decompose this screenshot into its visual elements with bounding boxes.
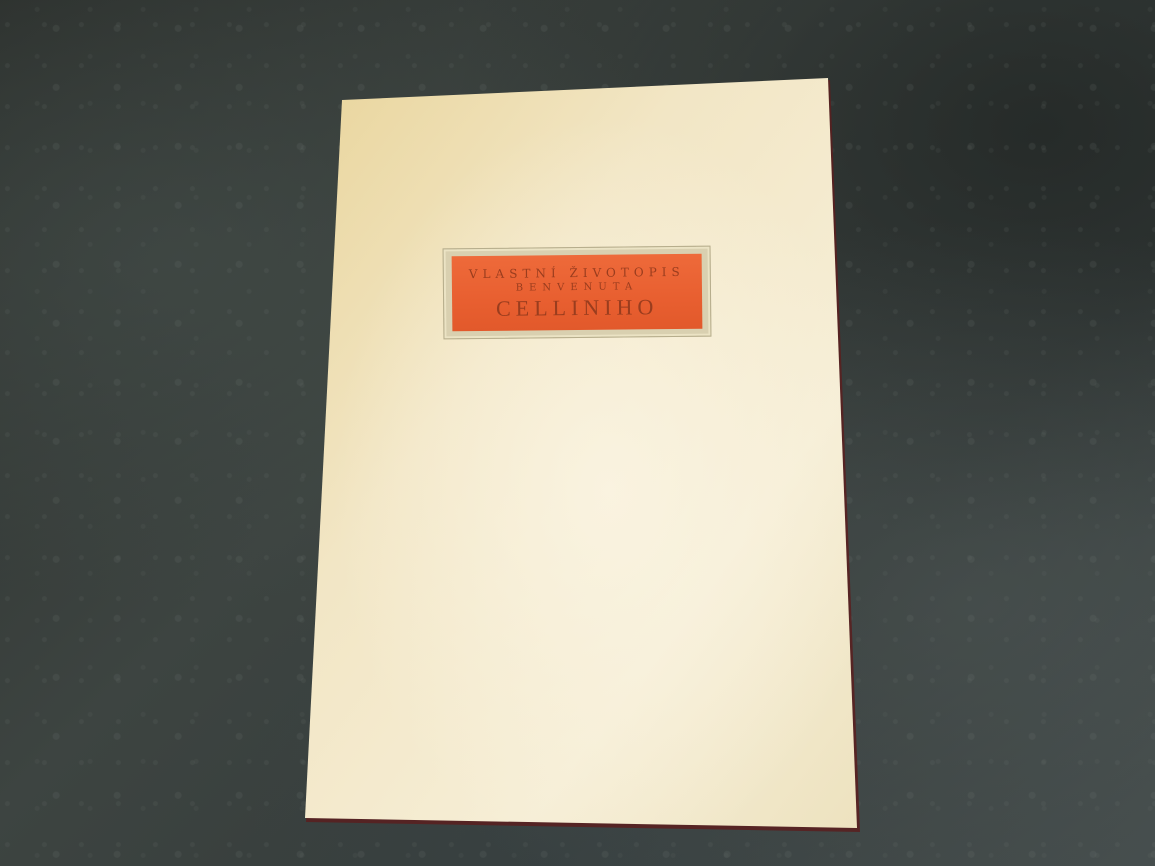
title-line-2: Benvenuta	[516, 280, 639, 295]
title-label-panel: Vlastní životopis Benvenuta Celliniho	[452, 254, 703, 332]
title-label: Vlastní životopis Benvenuta Celliniho	[443, 246, 712, 340]
title-line-1: Vlastní životopis	[469, 263, 685, 281]
title-line-3: Celliniho	[496, 294, 659, 322]
book: Vlastní životopis Benvenuta Celliniho	[0, 0, 1155, 866]
book-cover	[0, 0, 1155, 866]
